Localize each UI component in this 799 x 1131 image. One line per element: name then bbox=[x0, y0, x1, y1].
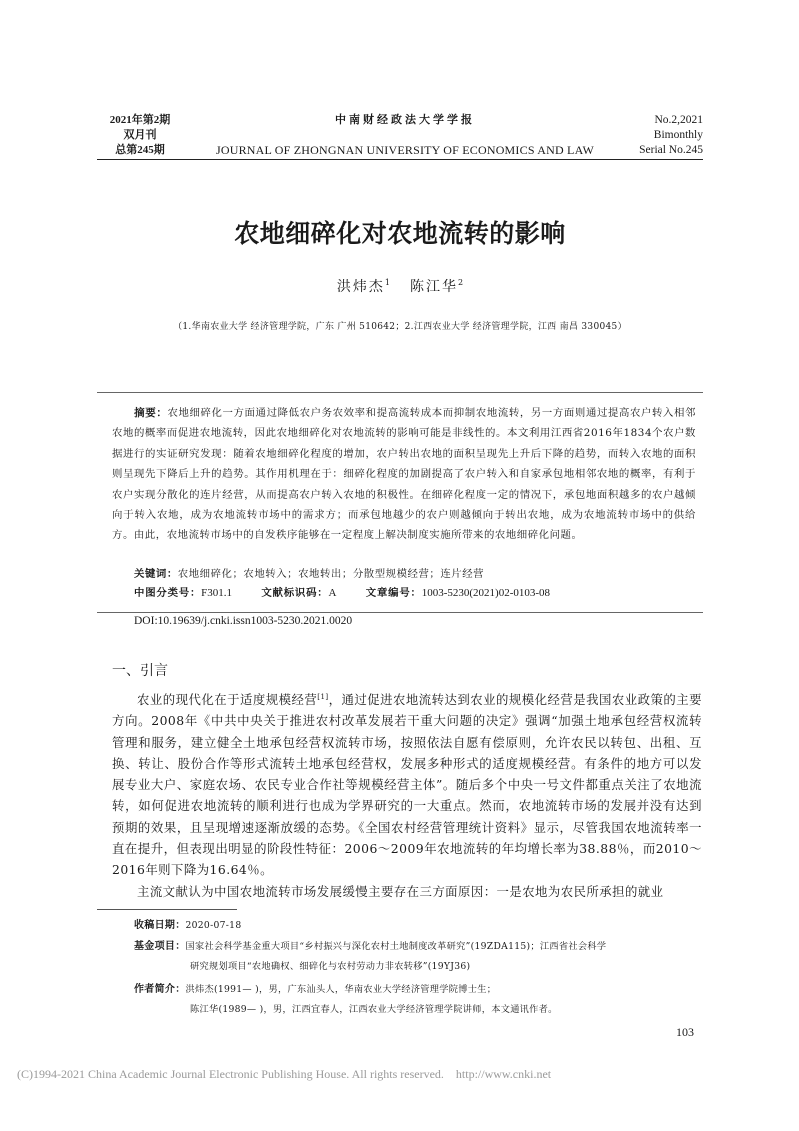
header-journal-name: 中南财经政法大学学报 JOURNAL OF ZHONGNAN UNIVERSIT… bbox=[205, 113, 605, 158]
header-issue-cn: 2021年第2期 bbox=[100, 113, 180, 128]
author-intro-line1: 洪炜杰(1991— )，男，广东汕头人，华南农业大学经济管理学院博士生； bbox=[186, 984, 497, 995]
keywords-label: 关键词： bbox=[134, 568, 178, 580]
abstract: 摘要：农地细碎化一方面通过降低农户务农效率和提高流转成本而抑制农地流转，另一方面… bbox=[112, 403, 696, 546]
header-issue-info-cn: 2021年第2期 双月刊 总第245期 bbox=[100, 113, 180, 158]
keywords-line: 关键词：农地细碎化；农地转入；农地转出；分散型规模经营；连片经营 bbox=[134, 565, 484, 580]
copyright-notice: (C)1994-2021 China Academic Journal Elec… bbox=[17, 1067, 677, 1082]
fund-text-line2: 研究规划项目“农地确权、细碎化与农村劳动力非农转移”(19YJ36) bbox=[134, 960, 704, 974]
clc-label: 中图分类号： bbox=[134, 587, 201, 599]
affiliation-mark: 2 bbox=[458, 278, 463, 287]
body-text: 农业的现代化在于适度规模经营[1]，通过促进农地流转达到农业的规模化经营是我国农… bbox=[112, 687, 702, 902]
article-id-value: 1003-5230(2021)02-0103-08 bbox=[422, 587, 550, 599]
footnote-received: 收稿日期：2020-07-18 bbox=[134, 919, 241, 933]
publisher-link[interactable]: http://www.cnki.net bbox=[456, 1067, 551, 1081]
footnote-fund: 基金项目：国家社会科学基金重大项目“乡村振兴与深化农村土地制度改革研究”(19Z… bbox=[134, 940, 704, 974]
clc-value: F301.1 bbox=[201, 587, 232, 599]
body-paragraph: 农业的现代化在于适度规模经营[1]，通过促进农地流转达到农业的规模化经营是我国农… bbox=[112, 687, 702, 881]
abstract-text: 农地细碎化一方面通过降低农户务农效率和提高流转成本而抑制农地流转，另一方面则通过… bbox=[112, 407, 696, 541]
journal-name-en: JOURNAL OF ZHONGNAN UNIVERSITY OF ECONOM… bbox=[205, 142, 605, 158]
doi[interactable]: DOI:10.19639/j.cnki.issn1003-5230.2021.0… bbox=[134, 615, 352, 627]
received-date: 2020-07-18 bbox=[186, 920, 242, 931]
author-intro-line2: 陈江华(1989— )，男，江西宜春人，江西农业大学经济管理学院讲师，本文通讯作… bbox=[134, 1003, 704, 1017]
author-name: 陈江华 bbox=[410, 279, 458, 295]
abstract-top-divider bbox=[97, 392, 703, 393]
fund-label: 基金项目： bbox=[134, 941, 186, 952]
citation-ref[interactable]: [1] bbox=[317, 693, 328, 701]
affiliations: （1.华南农业大学 经济管理学院，广东 广州 510642；2.江西农业大学 经… bbox=[100, 319, 700, 332]
header-divider bbox=[97, 159, 703, 160]
author-list: 洪炜杰1陈江华2 bbox=[100, 276, 700, 296]
author-name: 洪炜杰 bbox=[337, 279, 385, 295]
received-label: 收稿日期： bbox=[134, 920, 186, 931]
header-frequency-cn: 双月刊 bbox=[100, 128, 180, 143]
abstract-label: 摘要： bbox=[134, 407, 167, 419]
header-frequency-en: Bimonthly bbox=[610, 128, 703, 143]
page-number: 103 bbox=[676, 1025, 694, 1040]
body-paragraph: 主流文献认为中国农地流转市场发展缓慢主要存在三方面原因：一是农地为农民所承担的就… bbox=[112, 881, 702, 902]
abstract-bottom-divider bbox=[97, 612, 703, 613]
footnote-authors: 作者简介：洪炜杰(1991— )，男，广东汕头人，华南农业大学经济管理学院博士生… bbox=[134, 983, 704, 1017]
copyright-text: (C)1994-2021 China Academic Journal Elec… bbox=[17, 1067, 444, 1081]
fund-text-line1: 国家社会科学基金重大项目“乡村振兴与深化农村土地制度改革研究”(19ZDA115… bbox=[186, 941, 607, 952]
affiliation-mark: 1 bbox=[385, 278, 390, 287]
header-issue-info-en: No.2,2021 Bimonthly Serial No.245 bbox=[610, 113, 703, 158]
footnote-divider bbox=[97, 909, 237, 910]
doc-code-value: A bbox=[329, 587, 337, 599]
doc-code-label: 文献标识码： bbox=[261, 587, 328, 599]
article-title: 农地细碎化对农地流转的影响 bbox=[100, 214, 700, 250]
journal-name-cn: 中南财经政法大学学报 bbox=[205, 113, 605, 128]
article-id-label: 文章编号： bbox=[366, 587, 422, 599]
header-serial-cn: 总第245期 bbox=[100, 143, 180, 158]
keywords-text: 农地细碎化；农地转入；农地转出；分散型规模经营；连片经营 bbox=[178, 568, 484, 580]
header-serial-en: Serial No.245 bbox=[610, 143, 703, 158]
header-issue-en: No.2,2021 bbox=[610, 113, 703, 128]
section-heading: 一、引言 bbox=[112, 660, 168, 680]
author-intro-label: 作者简介： bbox=[134, 984, 186, 995]
classification-line: 中图分类号：F301.1 文献标识码：A 文章编号：1003-5230(2021… bbox=[134, 584, 576, 599]
